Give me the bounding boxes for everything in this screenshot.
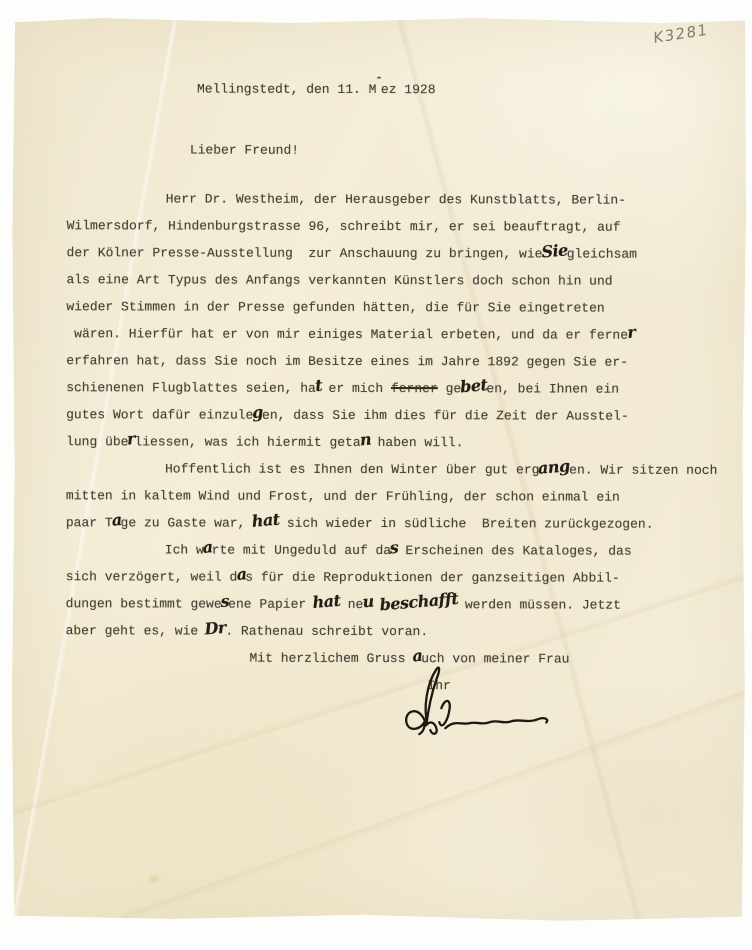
typed-text: der Kölner Presse-Ausstellung zur Anscha… <box>67 245 543 261</box>
typed-text: rte mit Ungeduld auf da <box>212 543 391 558</box>
typed-text: haben will. <box>370 435 464 450</box>
letter-line: lung überliessen, was ich hiermit getan … <box>66 428 706 457</box>
typed-text: Wilmersdorf, Hindenburgstrasse 96, schre… <box>67 218 621 234</box>
handwritten-text: a <box>111 512 122 529</box>
letter-line: schienenen Flugblattes seien, hat er mic… <box>66 374 706 403</box>
letter-line: wieder Stimmen in der Presse gefunden hä… <box>66 293 706 322</box>
typed-text: wieder Stimmen in der Presse gefunden hä… <box>66 299 604 315</box>
typed-text: ez 1928 <box>381 82 436 97</box>
typed-text: en, dass Sie ihm dies für die Zeit der A… <box>262 408 629 424</box>
letter-line: Hoffentlich ist es Ihnen den Winter über… <box>66 455 706 484</box>
typed-text: dungen bestimmt gewe <box>66 596 222 611</box>
letter-line: Ich warte mit Ungeduld auf das Erscheine… <box>66 536 706 565</box>
letter-line: aber geht es, wie Dr. Rathenau schreibt … <box>66 617 706 646</box>
handwritten-text: g <box>252 404 264 421</box>
handwritten-text: bet <box>459 377 488 395</box>
handwritten-text: ang <box>538 458 571 477</box>
typed-text: schienenen Flugblattes seien, ha <box>66 380 316 396</box>
typed-text: Mellingstedt, den 11. M <box>197 82 376 97</box>
typed-text: liessen, was ich hiermit geta <box>134 434 360 450</box>
typed-text: sich verzögert, weil d <box>66 569 238 584</box>
handwritten-text: n <box>359 432 371 449</box>
typed-text: erfahren hat, dass Sie noch im Besitze e… <box>66 353 628 369</box>
typed-text: ge zu Gaste war, <box>121 515 254 530</box>
typed-text: sich wieder in südliche Breiten zurückge… <box>279 516 654 532</box>
typed-text: aber geht es, wie <box>66 623 206 638</box>
letter-line: sich verzögert, weil das für die Reprodu… <box>66 563 706 592</box>
handwritten-text: hat <box>312 593 341 611</box>
handwritten-text: r <box>626 324 635 341</box>
typed-text: mitten in kaltem Wind und Frost, und der… <box>66 488 620 504</box>
typed-text: . Rathenau schreibt voran. <box>225 624 428 640</box>
typed-text: Ich w <box>165 542 204 557</box>
typed-text: gleichsam <box>567 246 637 261</box>
handwritten-text: a <box>202 539 213 556</box>
typed-text: Herr Dr. Westheim, der Herausgeber des K… <box>166 191 626 207</box>
handwritten-text: t <box>314 378 322 395</box>
handwritten-text: u <box>362 594 374 611</box>
letter-line: dungen bestimmt gewesene Papier hat neu … <box>66 590 706 619</box>
typed-text: ne <box>340 597 363 612</box>
letter-page: K3281 Mellingstedt, den 11. M″ez 1928 Li… <box>10 15 747 924</box>
typed-text: werden müssen. Jetzt <box>457 597 621 612</box>
letter-line: Herr Dr. Westheim, der Herausgeber des K… <box>67 185 707 214</box>
date-line: Mellingstedt, den 11. M″ez 1928 <box>197 72 436 101</box>
typed-text: als eine Art Typus des Anfangs verkannte… <box>66 272 612 288</box>
handwritten-text: beschafft <box>379 591 459 614</box>
handwritten-text: a <box>236 566 247 583</box>
typed-text: en. Wir sitzen noch <box>569 462 717 477</box>
typed-text: paar T <box>66 515 113 530</box>
typed-text: ene Papier <box>228 597 314 612</box>
handwritten-text: Sie <box>541 242 569 260</box>
letter-line: Wilmersdorf, Hindenburgstrasse 96, schre… <box>67 212 707 241</box>
handwritten-text: Dr <box>204 620 227 638</box>
salutation: Lieber Freund! <box>190 141 299 161</box>
typed-text: wären. Hierfür hat er von mir einiges Ma… <box>66 326 628 342</box>
typed-text: er mich <box>321 381 391 396</box>
letter-line: gutes Wort dafür einzulegen, dass Sie ih… <box>66 401 706 430</box>
struck-through-text: ferner <box>391 381 438 396</box>
letter-body: Herr Dr. Westheim, der Herausgeber des K… <box>65 185 706 700</box>
letter-line: als eine Art Typus des Anfangs verkannte… <box>66 266 706 295</box>
handwritten-text: s <box>389 540 399 557</box>
letter-line: paar Tage zu Gaste war, hat sich wieder … <box>66 509 706 538</box>
typed-text: ge <box>438 381 461 396</box>
letter-line: der Kölner Presse-Ausstellung zur Anscha… <box>67 239 707 268</box>
typed-text: Erscheinen des Kataloges, das <box>398 543 632 559</box>
handwritten-text: s <box>220 593 230 610</box>
letter-line: erfahren hat, dass Sie noch im Besitze e… <box>66 347 706 376</box>
signature-scrawl <box>389 662 569 747</box>
letter-line: mitten in kaltem Wind und Frost, und der… <box>66 482 706 511</box>
typed-text: Hoffentlich ist es Ihnen den Winter über… <box>165 461 540 477</box>
typed-text: lung übe <box>66 434 128 449</box>
letter-line: wären. Hierfür hat er von mir einiges Ma… <box>66 320 706 349</box>
typed-text: en, bei Ihnen ein <box>486 381 619 396</box>
signature-flourish-stroke <box>426 668 440 726</box>
handwritten-text: hat <box>251 512 280 530</box>
catalog-number: K3281 <box>653 20 708 47</box>
typed-text: s für die Reproduktionen der ganzseitige… <box>245 570 620 586</box>
typed-text: gutes Wort dafür einzule <box>66 407 253 422</box>
